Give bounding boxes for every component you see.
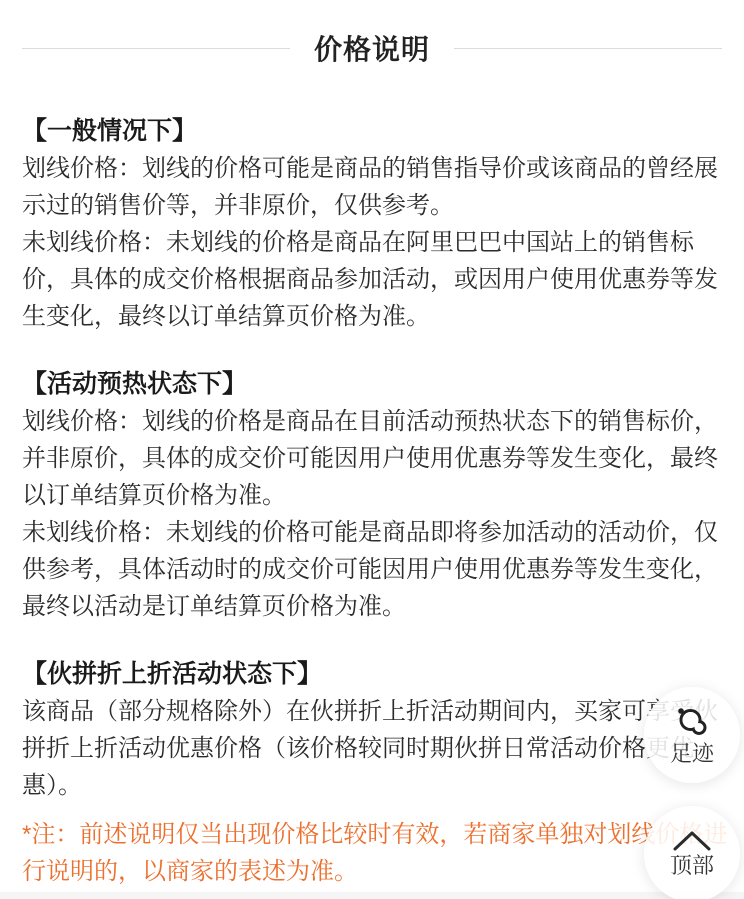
paragraph-non-strikethrough-price: 未划线价格：未划线的价格是商品在阿里巴巴中国站上的销售标价，具体的成交价格根据商…: [22, 224, 722, 335]
section-heading-general: 【一般情况下】: [22, 112, 722, 150]
footprints-icon: [674, 704, 710, 740]
chevron-up-icon: [670, 830, 714, 852]
price-note: *注：前述说明仅当出现价格比较时有效，若商家单独对划线价格进行说明的，以商家的表…: [22, 816, 734, 890]
header-rule-left: [22, 48, 290, 49]
content: 【一般情况下】 划线价格：划线的价格可能是商品的销售指导价或该商品的曾经展示过的…: [0, 112, 744, 890]
paragraph-huopin-discount: 该商品（部分规格除外）在伙拼折上折活动期间内，买家可享受伙拼折上折活动优惠价格（…: [22, 693, 722, 804]
back-to-top-label: 顶部: [670, 853, 714, 879]
footprints-button[interactable]: 足迹: [644, 687, 740, 783]
header-rule-right: [454, 48, 722, 49]
page-header: 价格说明: [0, 0, 744, 68]
paragraph-preheat-strikethrough-price: 划线价格：划线的价格是商品在目前活动预热状态下的销售标价，并非原价，具体的成交价…: [22, 403, 722, 514]
section-general: 【一般情况下】 划线价格：划线的价格可能是商品的销售指导价或该商品的曾经展示过的…: [22, 112, 722, 335]
page-bottom-divider: [0, 892, 744, 899]
page-title: 价格说明: [314, 28, 430, 68]
paragraph-strikethrough-price: 划线价格：划线的价格可能是商品的销售指导价或该商品的曾经展示过的销售价等，并非原…: [22, 150, 722, 224]
back-to-top-button[interactable]: 顶部: [644, 806, 740, 899]
paragraph-preheat-non-strikethrough-price: 未划线价格：未划线的价格可能是商品即将参加活动的活动价，仅供参考，具体活动时的成…: [22, 514, 722, 625]
section-huopin-discount: 【伙拼折上折活动状态下】 该商品（部分规格除外）在伙拼折上折活动期间内，买家可享…: [22, 655, 722, 804]
price-description-page: 价格说明 【一般情况下】 划线价格：划线的价格可能是商品的销售指导价或该商品的曾…: [0, 0, 744, 899]
section-heading-huopin-discount: 【伙拼折上折活动状态下】: [22, 655, 722, 693]
footprints-label: 足迹: [670, 741, 714, 767]
section-heading-activity-preheat: 【活动预热状态下】: [22, 365, 722, 403]
section-activity-preheat: 【活动预热状态下】 划线价格：划线的价格是商品在目前活动预热状态下的销售标价，并…: [22, 365, 722, 625]
